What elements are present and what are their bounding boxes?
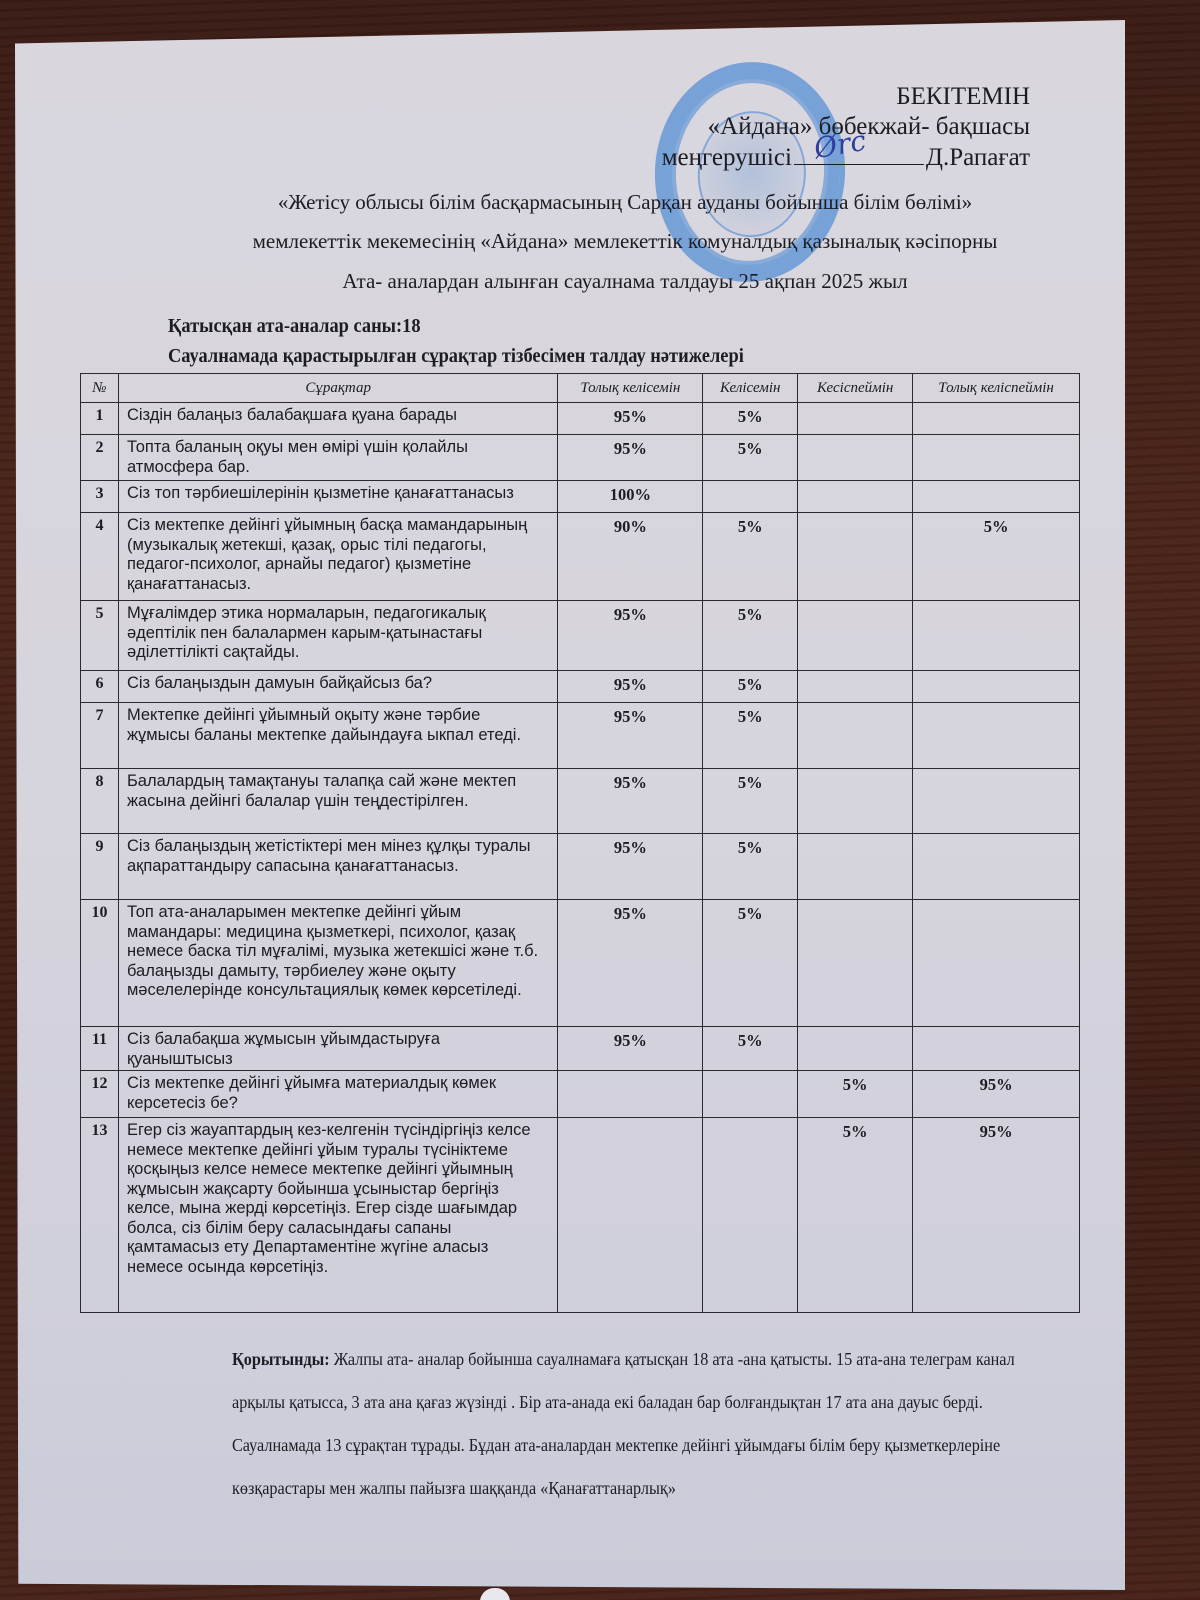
question-text: Топта баланың оқуы мен өмірі үшін қолайл… [118,435,557,481]
header-number: № [81,374,119,403]
disagree-value [798,703,913,769]
header-line-2: мемлекеттік мекемесінің «Айдана» мемлеке… [180,229,1070,254]
table-row: 12Сіз мектепке дейінгі ұйымға материалды… [81,1071,1080,1118]
question-text: Сіз балаңыздың жетістіктері мен мінез құ… [118,834,557,900]
disagree-value [798,1027,913,1071]
table-row: 11Сіз балабақша жұмысын ұйымдастыруға қу… [81,1027,1080,1071]
table-row: 1Сіздін балаңыз балабақшаға қуана барады… [81,403,1080,435]
approver-name: Д.Рапағат [926,143,1030,173]
question-text: Балалардың тамақтануы талапқа сай және м… [118,769,557,834]
fully-disagree-value [913,703,1080,769]
fully-disagree-value [913,671,1080,703]
signature-field: Ørc [794,142,924,165]
disagree-value [798,403,913,435]
agree-value [703,481,798,513]
approval-block: БЕКІТЕМІН «Айдана» бөбекжай- бақшасы мең… [610,82,1030,173]
document-title: Ата- аналардан алынған сауалнама талдауы… [180,269,1070,294]
table-row: 7Мектепке дейінгі ұйымный оқыту және тәр… [81,703,1080,769]
disagree-value [798,671,913,703]
conclusion-label: Қорытынды: [232,1349,330,1369]
header-questions: Сұрақтар [118,374,557,403]
fully-agree-value: 95% [558,1027,703,1071]
agree-value: 5% [703,513,798,601]
disagree-value: 5% [798,1118,913,1313]
fully-agree-value: 95% [558,403,703,435]
row-number: 11 [81,1027,119,1071]
fully-disagree-value [913,834,1080,900]
row-number: 5 [81,601,119,671]
disagree-value [798,769,913,834]
fully-disagree-value [913,1027,1080,1071]
signature-icon: Ørc [812,126,868,165]
table-row: 4Сіз мектепке дейінгі ұйымның басқа мама… [81,513,1080,601]
table-row: 13Егер сіз жауаптардың кез-келгенін түсі… [81,1118,1080,1313]
question-text: Топ ата-аналарымен мектепке дейінгі ұйым… [118,900,557,1027]
question-text: Мұғалімдер этика нормаларын, педагогикал… [118,601,557,671]
header-agree: Келісемін [703,374,798,403]
participants-count: Қатысқан ата-аналар саны:18 [168,315,421,338]
table-row: 6Сіз балаңыздын дамуын байқайсыз ба?95%5… [81,671,1080,703]
table-header-row: № Сұрақтар Толық келісемін Келісемін Кес… [81,374,1080,403]
agree-value: 5% [703,1027,798,1071]
question-text: Сіз балаңыздын дамуын байқайсыз ба? [118,671,557,703]
agree-value: 5% [703,769,798,834]
row-number: 2 [81,435,119,481]
disagree-value [798,435,913,481]
row-number: 12 [81,1071,119,1118]
table-row: 3Сіз топ тәрбиешілерінін қызметіне қанағ… [81,481,1080,513]
question-text: Сіз мектепке дейінгі ұйымның басқа маман… [118,513,557,601]
table-row: 9Сіз балаңыздың жетістіктері мен мінез қ… [81,834,1080,900]
agree-value: 5% [703,403,798,435]
disagree-value [798,834,913,900]
row-number: 3 [81,481,119,513]
approval-signature-line: меңгерушісі Ørc Д.Рапағат [610,142,1030,173]
agree-value: 5% [703,435,798,481]
disagree-value [798,481,913,513]
conclusion-text: Жалпы ата- аналар бойынша сауалнамаға қа… [232,1349,1015,1498]
header-disagree: Кесіспеймін [798,374,913,403]
analysis-title: Сауалнамада қарастырылған сұрақтар тізбе… [168,345,744,368]
fully-agree-value: 95% [558,435,703,481]
approval-title: БЕКІТЕМІН [610,82,1030,112]
question-text: Сіз мектепке дейінгі ұйымға материалдық … [118,1071,557,1118]
survey-results-table: № Сұрақтар Толық келісемін Келісемін Кес… [80,373,1080,1313]
fully-agree-value: 95% [558,671,703,703]
fully-agree-value: 95% [558,601,703,671]
fully-agree-value: 95% [558,900,703,1027]
fully-disagree-value [913,769,1080,834]
agree-value: 5% [703,671,798,703]
fully-disagree-value [913,601,1080,671]
fully-disagree-value [913,403,1080,435]
row-number: 8 [81,769,119,834]
question-text: Сіздін балаңыз балабақшаға қуана барады [118,403,557,435]
fully-disagree-value: 5% [913,513,1080,601]
fully-disagree-value [913,900,1080,1027]
fully-agree-value [558,1071,703,1118]
table-row: 10Топ ата-аналарымен мектепке дейінгі ұй… [81,900,1080,1027]
header-line-1: «Жетісу облысы білім басқармасының Сарқа… [180,190,1070,215]
fully-agree-value: 90% [558,513,703,601]
row-number: 9 [81,834,119,900]
row-number: 4 [81,513,119,601]
fully-agree-value: 100% [558,481,703,513]
fully-disagree-value: 95% [913,1071,1080,1118]
row-number: 10 [81,900,119,1027]
disagree-value: 5% [798,1071,913,1118]
table-row: 8Балалардың тамақтануы талапқа сай және … [81,769,1080,834]
agree-value: 5% [703,834,798,900]
fully-disagree-value: 95% [913,1118,1080,1313]
table-row: 2Топта баланың оқуы мен өмірі үшін қолай… [81,435,1080,481]
disagree-value [798,601,913,671]
question-text: Егер сіз жауаптардың кез-келгенін түсінд… [118,1118,557,1313]
fully-agree-value: 95% [558,769,703,834]
agree-value: 5% [703,900,798,1027]
question-text: Сіз топ тәрбиешілерінін қызметіне қанаға… [118,481,557,513]
approval-position: меңгерушісі [662,143,792,173]
fully-disagree-value [913,435,1080,481]
agree-value: 5% [703,601,798,671]
fully-agree-value: 95% [558,703,703,769]
conclusion-paragraph: Қорытынды: Жалпы ата- аналар бойынша сау… [232,1338,1051,1510]
agree-value [703,1118,798,1313]
header-fully-disagree: Толық келіспеймін [913,374,1080,403]
row-number: 6 [81,671,119,703]
row-number: 7 [81,703,119,769]
fully-agree-value: 95% [558,834,703,900]
fully-disagree-value [913,481,1080,513]
row-number: 1 [81,403,119,435]
question-text: Мектепке дейінгі ұйымный оқыту және тәрб… [118,703,557,769]
agree-value: 5% [703,703,798,769]
question-text: Сіз балабақша жұмысын ұйымдастыруға қуан… [118,1027,557,1071]
fully-agree-value [558,1118,703,1313]
disagree-value [798,513,913,601]
agree-value [703,1071,798,1118]
table-row: 5Мұғалімдер этика нормаларын, педагогика… [81,601,1080,671]
disagree-value [798,900,913,1027]
header-fully-agree: Толық келісемін [558,374,703,403]
row-number: 13 [81,1118,119,1313]
